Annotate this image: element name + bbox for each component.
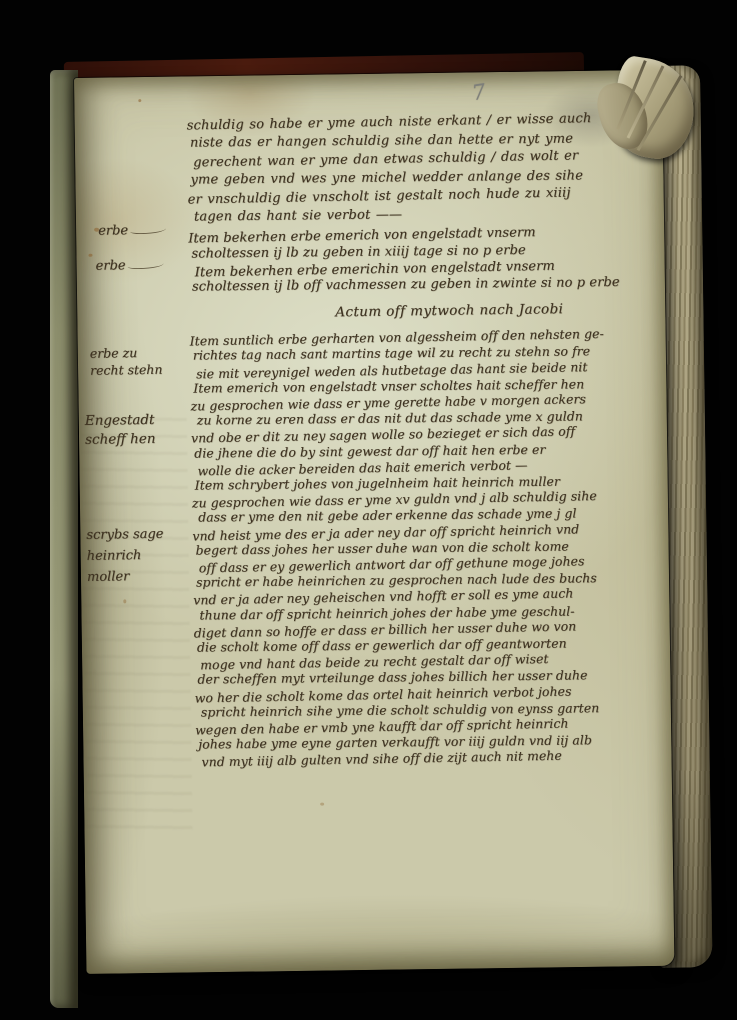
dog-ear-folded-corner — [596, 52, 712, 186]
margin-note-label: erbe — [98, 223, 128, 238]
manuscript-line: heinrich — [87, 545, 164, 567]
margin-note-label: erbe — [96, 258, 126, 273]
manuscript-line: Engestadt — [85, 411, 156, 431]
pen-flourish — [128, 261, 164, 270]
ink-stain — [123, 599, 126, 603]
manuscript-page: 7 erbe erbe erbe zurecht stehn Engestadt… — [74, 70, 674, 974]
margin-note-erbe: erbe — [96, 258, 164, 274]
manuscript-line: scrybs sage — [86, 524, 163, 546]
margin-note-erbe: erbe — [98, 223, 166, 239]
section-heading: Actum off mytwoch nach Jacobi — [217, 300, 681, 322]
text-column: schuldig so habe er yme auch niste erkan… — [187, 110, 688, 770]
pen-flourish — [130, 226, 166, 235]
folio-number: 7 — [470, 79, 487, 105]
manuscript-line: moller — [87, 566, 164, 588]
manuscript-line: recht stehn — [90, 361, 163, 379]
ink-stain — [88, 254, 92, 257]
manuscript-line: erbe zu — [90, 345, 163, 363]
underlying-page-edge — [50, 70, 78, 1008]
margin-note-case-3: scrybs sageheinrichmoller — [86, 524, 164, 588]
ink-stain — [320, 803, 324, 806]
margin-note-case-2: Engestadtscheff hen — [85, 411, 156, 450]
manuscript-line: scholtessen ij lb off vachmessen zu gebe… — [192, 275, 681, 297]
manuscript-line: scheff hen — [85, 430, 156, 450]
photo-background: 7 erbe erbe erbe zurecht stehn Engestadt… — [0, 0, 737, 1020]
verso-show-through — [81, 406, 193, 837]
ink-stain — [138, 99, 141, 102]
erbe-entries: Item bekerhen erbe emerich von engelstad… — [188, 224, 681, 298]
session-record: Item suntlich erbe gerharten von algessh… — [190, 326, 688, 770]
margin-note-case-1: erbe zurecht stehn — [90, 345, 163, 379]
